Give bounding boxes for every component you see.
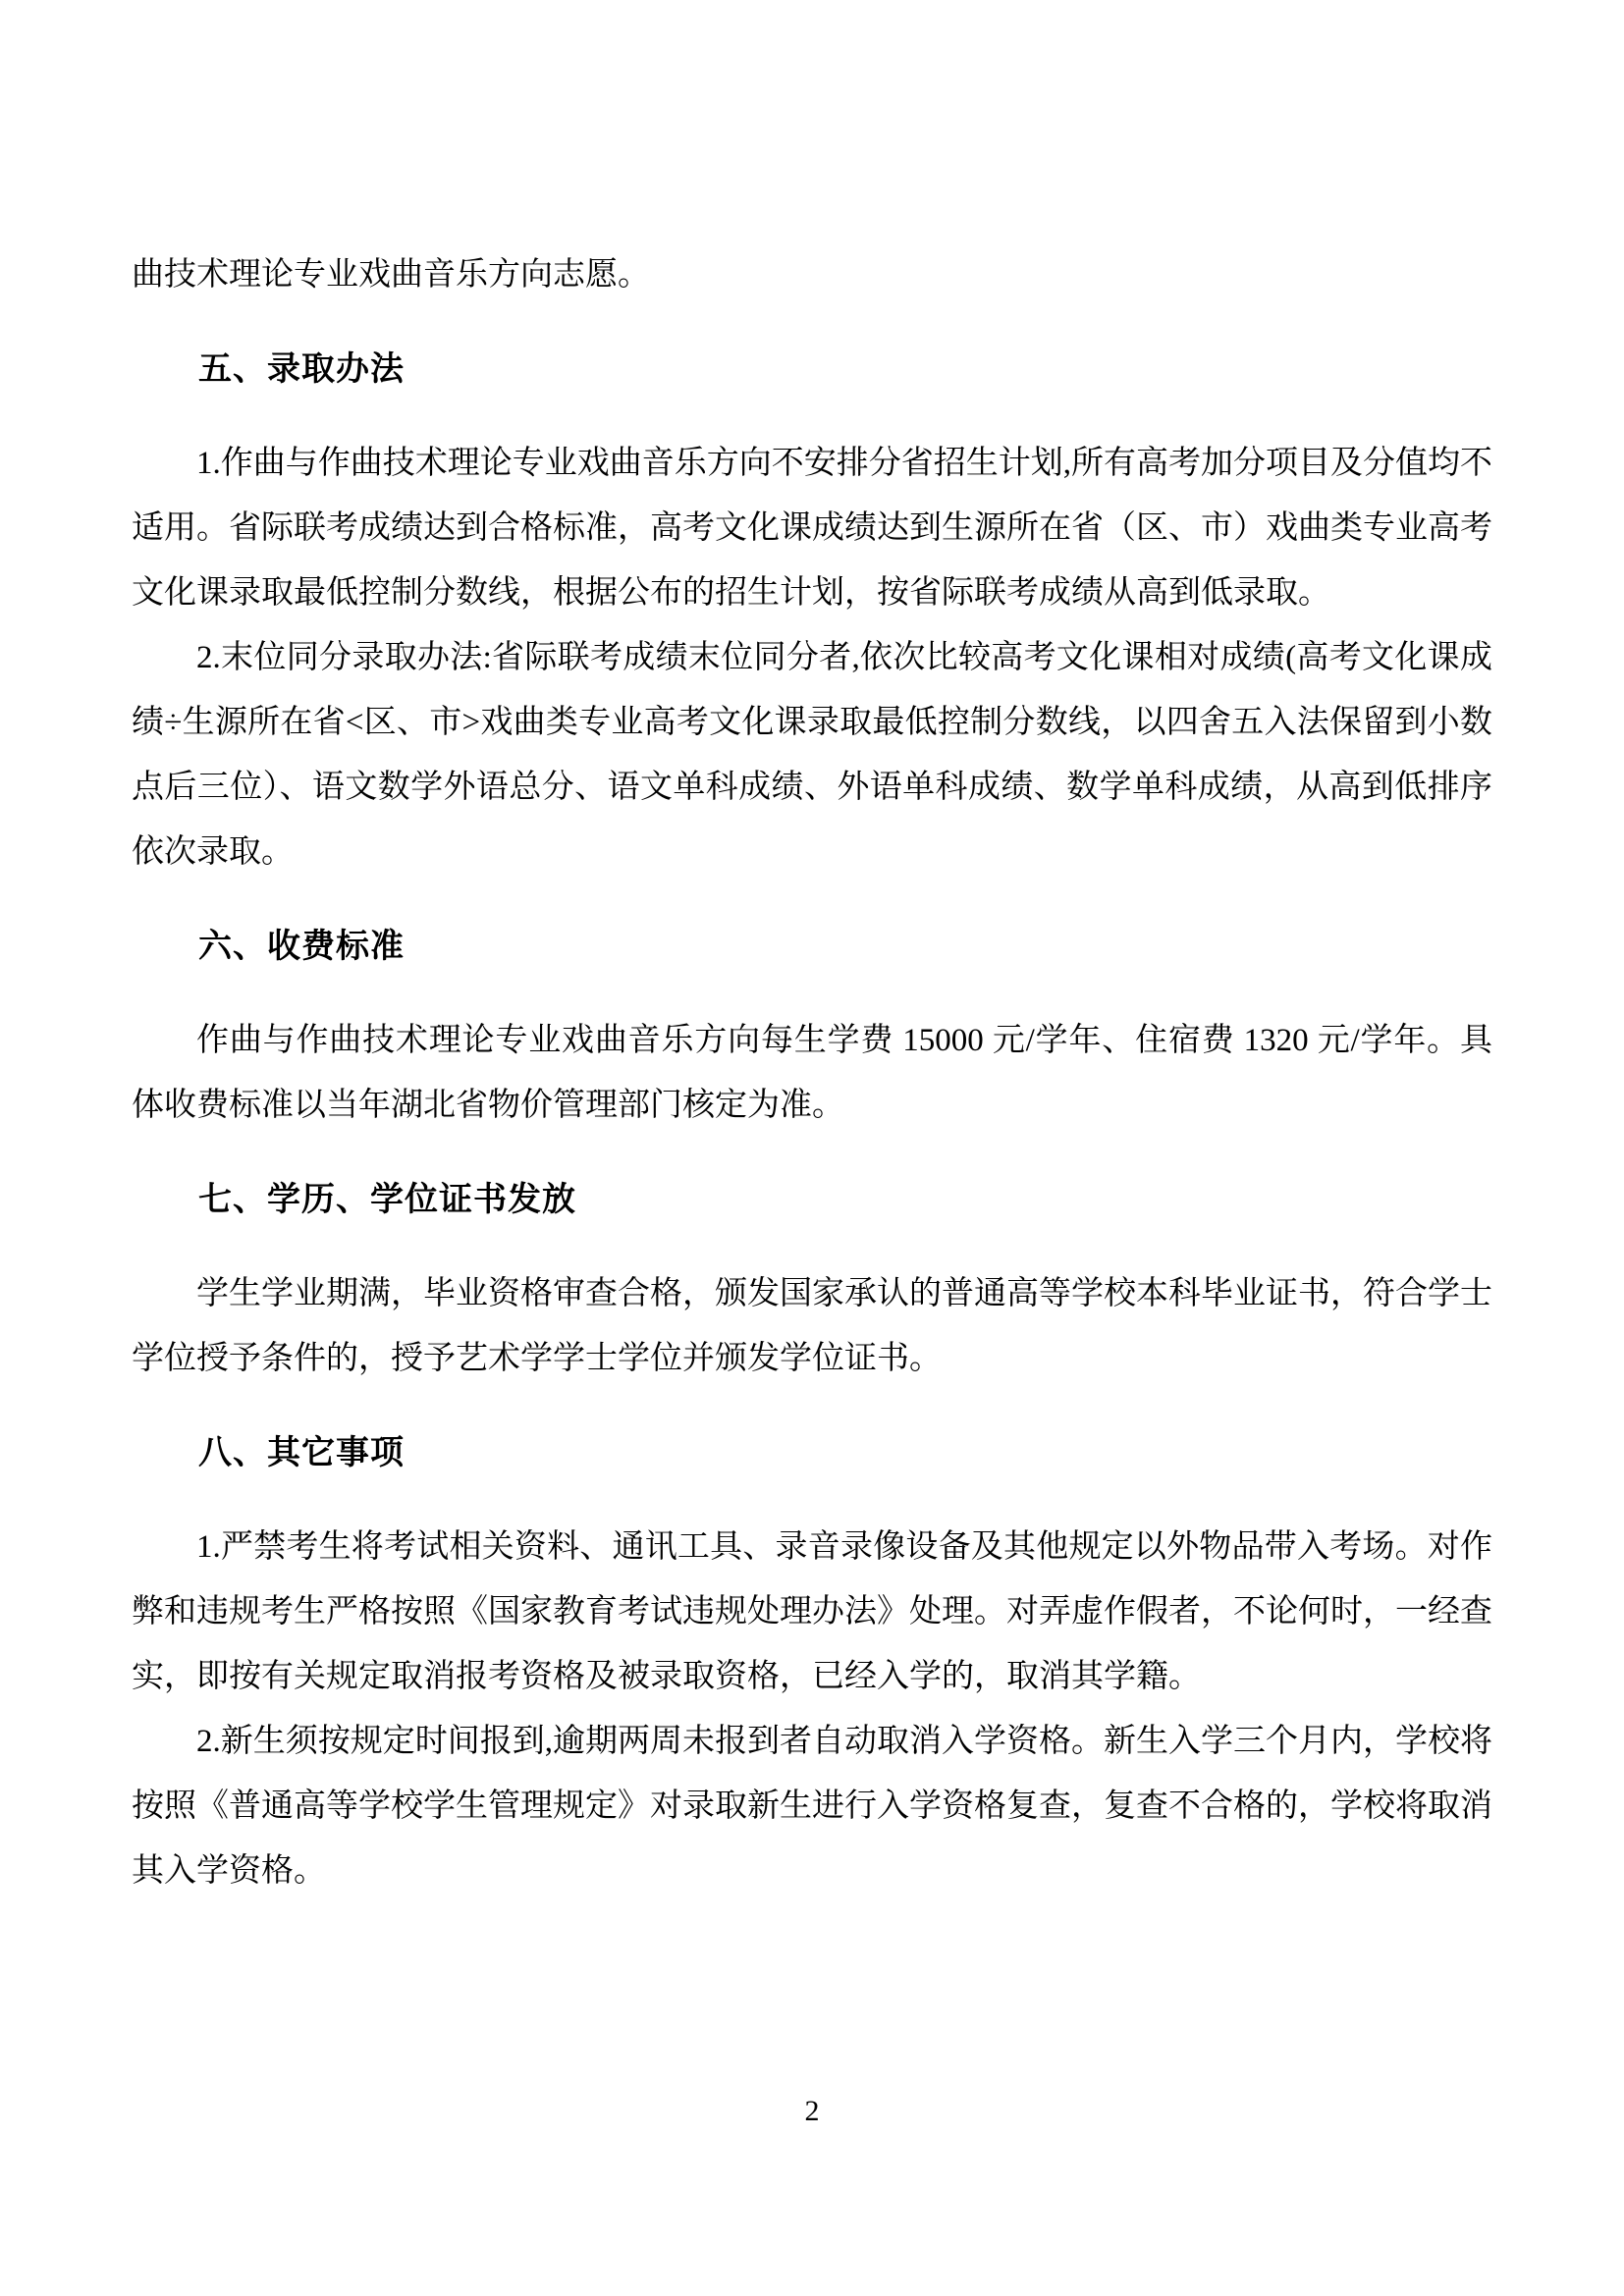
section-7-paragraph-1: 学生学业期满，毕业资格审查合格，颁发国家承认的普通高等学校本科毕业证书，符合学士…: [132, 1261, 1492, 1391]
page-content: 曲技术理论专业戏曲音乐方向志愿。 五、录取办法 1.作曲与作曲技术理论专业戏曲音…: [132, 0, 1492, 1903]
section-5-heading: 五、录取办法: [132, 337, 1492, 401]
section-7-heading: 七、学历、学位证书发放: [132, 1167, 1492, 1232]
page-number: 2: [0, 2087, 1624, 2136]
section-6-paragraph-1: 作曲与作曲技术理论专业戏曲音乐方向每生学费 15000 元/学年、住宿费 132…: [132, 1008, 1492, 1138]
section-6-heading: 六、收费标准: [132, 914, 1492, 979]
section-8-heading: 八、其它事项: [132, 1420, 1492, 1485]
section-8-paragraph-1: 1.严禁考生将考试相关资料、通讯工具、录音录像设备及其他规定以外物品带入考场。对…: [132, 1515, 1492, 1709]
section-5-paragraph-1: 1.作曲与作曲技术理论专业戏曲音乐方向不安排分省招生计划,所有高考加分项目及分值…: [132, 431, 1492, 625]
section-5-paragraph-2: 2.末位同分录取办法:省际联考成绩末位同分者,依次比较高考文化课相对成绩(高考文…: [132, 625, 1492, 884]
continuation-paragraph: 曲技术理论专业戏曲音乐方向志愿。: [132, 242, 1492, 307]
section-8-paragraph-2: 2.新生须按规定时间报到,逾期两周未报到者自动取消入学资格。新生入学三个月内，学…: [132, 1709, 1492, 1903]
document-page: 曲技术理论专业戏曲音乐方向志愿。 五、录取办法 1.作曲与作曲技术理论专业戏曲音…: [0, 0, 1624, 2296]
